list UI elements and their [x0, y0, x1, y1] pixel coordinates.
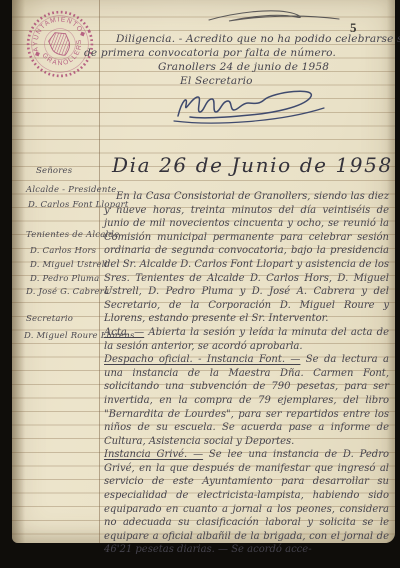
margin-teniente-name-3: D. Pedro Pluma [30, 274, 99, 284]
paragraph-lead-grive: Instancia Grivé. — [104, 449, 203, 460]
secretary-signature [170, 84, 328, 130]
margin-senores-label: Señores [36, 166, 72, 176]
diligencia-line-2: de primera convocatoria por falta de núm… [84, 47, 336, 59]
notebook-page: AYUNTAMIENTO GRANOLLERS 5 Diligencia. - … [12, 0, 395, 543]
paragraph-lead-despacho: Despacho oficial. - Instancia Font. — [104, 354, 300, 365]
margin-teniente-name-2: D. Miguel Ustrell [30, 260, 108, 270]
stamp-crest-shield [47, 29, 74, 59]
signature-flourish-icon [170, 84, 328, 130]
session-date-heading: Dia 26 de Junio de 1958 [112, 153, 393, 177]
pen-flourish [207, 4, 343, 30]
paragraph-lead-acta: Acta. — [104, 327, 144, 338]
diligencia-date-line: Granollers 24 de junio de 1958 [158, 61, 329, 73]
body-paragraph-despacho: Despacho oficial. - Instancia Font. — Se… [104, 353, 389, 448]
paragraph-text-acta: Abierta la sesión y leída la minuta del … [104, 327, 389, 352]
ayuntamiento-seal-icon: AYUNTAMIENTO GRANOLLERS [12, 0, 107, 92]
body-paragraph-grive: Instancia Grivé. — Se lee una instancia … [104, 448, 389, 557]
minutes-body: En la Casa Consistorial de Granollers, s… [104, 190, 389, 557]
stamp-ornament-diamond [80, 32, 85, 37]
body-paragraph-opening: En la Casa Consistorial de Granollers, s… [104, 190, 389, 326]
official-stamp: AYUNTAMIENTO GRANOLLERS [12, 0, 107, 92]
margin-alcalde-label: Alcalde - Presidente [26, 185, 116, 195]
margin-teniente-name-4: D. José G. Cabrera [26, 287, 109, 297]
body-paragraph-acta: Acta. — Abierta la sesión y leída la min… [104, 326, 389, 353]
paragraph-text-grive: Se lee una instancia de D. Pedro Grivé, … [104, 449, 389, 555]
margin-secretario-label: Secretario [26, 314, 73, 324]
scanned-minutes-page: { "page_number": "5", "stamp": { "top_te… [0, 0, 400, 568]
margin-rule-line [99, 0, 100, 543]
paragraph-text-despacho: Se da lectura a una instancia de la Maes… [104, 354, 389, 447]
diligencia-line-1: Diligencia. - Acredito que no ha podido … [116, 33, 400, 45]
pen-stroke-icon [207, 4, 343, 30]
margin-teniente-name-1: D. Carlos Hors [30, 246, 96, 256]
stamp-ornament-diamond [35, 52, 40, 57]
